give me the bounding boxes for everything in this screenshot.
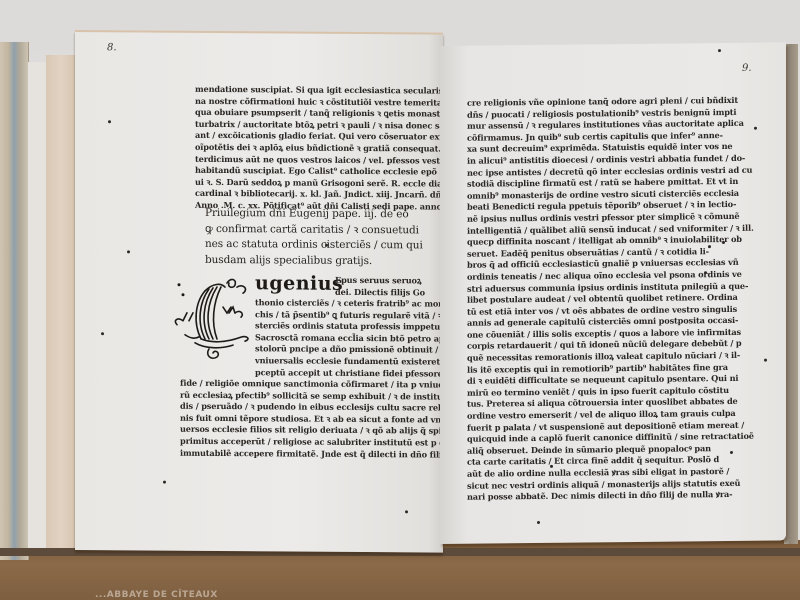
ink-speck — [722, 241, 725, 244]
ink-speck — [754, 127, 757, 130]
ink-speck — [704, 271, 707, 274]
book-cover-binding — [0, 42, 29, 560]
left-page: 8. mendatione suscipiat. Si qua igit ecc… — [75, 30, 443, 553]
ink-speck — [537, 521, 540, 524]
ink-speck — [550, 465, 553, 468]
text-line: immutabilẽ accepere firmitatẽ. Jnde est … — [180, 447, 471, 461]
left-body-indented-top: Epus seruus seruoꝝ dei. Dilectis filijs … — [335, 275, 425, 299]
left-body-full: fide / religiõe omnique sanctimonia cõfi… — [180, 378, 471, 461]
ink-speck — [163, 481, 166, 484]
ink-speck — [108, 120, 111, 123]
folio-number-left: 8. — [107, 42, 117, 53]
ink-speck — [101, 332, 104, 335]
heading-line: busdam alijs specialibus gratijs. — [205, 252, 423, 269]
ink-speck — [718, 49, 721, 52]
left-upper-text: mendatione suscipiat. Si qua igit eccles… — [195, 84, 472, 213]
right-page-text: cre religionis vñe opinione tanq̃ odore … — [467, 95, 754, 504]
text-line: dei. Dilectis filijs Go — [335, 286, 425, 298]
heading-line: ꝙ confirmat cartã caritatis / ꝛ consuetu… — [205, 221, 423, 238]
heading-line: Priuilegium dñi Eugenij pape. iij. de eo — [205, 206, 423, 223]
folio-number-right: 9. — [742, 63, 752, 74]
initial-word-eugenius: ugenius — [255, 272, 343, 295]
decorated-initial-e-icon — [165, 273, 255, 364]
text-line: thonio cisterciẽs / ꝛ ceteris fratrib⁹ a… — [255, 297, 459, 310]
left-body-indented: thonio cisterciẽs / ꝛ ceteris fratrib⁹ a… — [255, 297, 459, 380]
heading-line: nes ac statuta ordinis cisterciẽs / cum … — [205, 237, 423, 254]
page-edge-stack — [46, 55, 77, 552]
right-cover-edge — [784, 44, 798, 544]
text-line: Epus seruus seruoꝝ — [335, 275, 425, 287]
ink-speck — [405, 510, 408, 513]
text-line: nari posse abbatẽ. Dec nimis dilecti in … — [467, 489, 754, 504]
ink-speck — [730, 451, 733, 454]
ink-speck — [764, 359, 767, 362]
text-line: vniuersalis ecclesie fundamentũ existere… — [255, 355, 459, 368]
ink-speck — [127, 250, 130, 253]
ink-speck — [708, 245, 711, 248]
privilege-heading: Priuilegium dñi Eugenij pape. iij. de eo… — [205, 206, 423, 270]
partial-caption: ...ABBAYE DE CÎTEAUX — [95, 590, 218, 600]
ink-speck — [325, 244, 328, 247]
right-page: 9. cre religionis vñe opinione tanq̃ odo… — [440, 42, 786, 544]
